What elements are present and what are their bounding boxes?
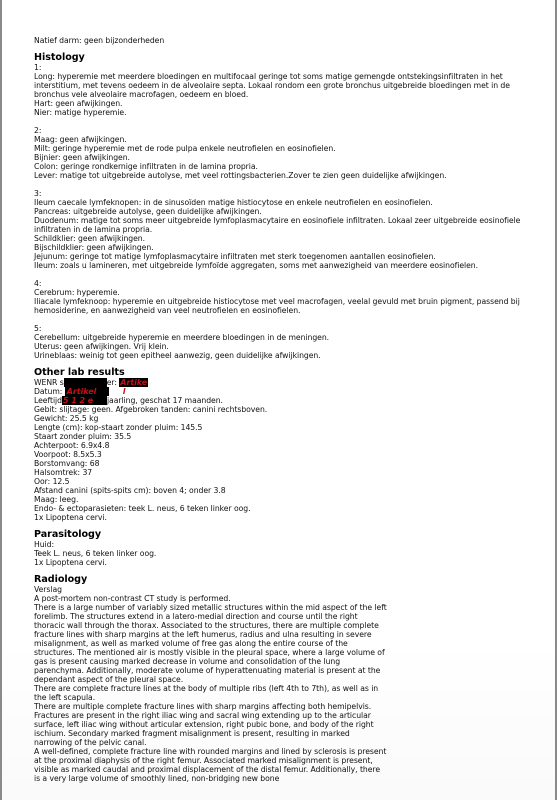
finding-line: Colon: geringe rondkernige infiltraten i… bbox=[34, 162, 524, 171]
finding-line: Bijnier: geen afwijkingen. bbox=[34, 153, 524, 162]
lab-line: Achterpoot: 6.9x4.8 bbox=[34, 441, 524, 450]
finding-line: Urineblaas: weinig tot geen epitheel aan… bbox=[34, 351, 524, 360]
histology-group: 1:Long: hyperemie met meerdere bloedinge… bbox=[34, 63, 524, 117]
finding-line: Maag: geen afwijkingen. bbox=[34, 135, 524, 144]
lab-line: Maag: leeg. bbox=[34, 495, 524, 504]
parasitology-line: 1x Lipoptena cervi. bbox=[34, 558, 524, 567]
finding-line: Nier: matige hyperemie. bbox=[34, 108, 524, 117]
leeftijd-line: Leeftijd5 1 2 ejaarling, geschat 17 maan… bbox=[34, 396, 524, 405]
lab-line: Afstand canini (spits-spits cm): boven 4… bbox=[34, 486, 524, 495]
radiology-lines: VerslagA post-mortem non-contrast CT stu… bbox=[34, 585, 387, 783]
finding-line: Bijschildklier: geen afwijkingen. bbox=[34, 243, 524, 252]
group-label: 5: bbox=[34, 324, 524, 333]
histology-groups: 1:Long: hyperemie met meerdere bloedinge… bbox=[34, 63, 524, 360]
finding-line: Iliacale lymfeknoop: hyperemie en uitgeb… bbox=[34, 297, 524, 315]
parasitology-heading: Parasitology bbox=[34, 529, 524, 540]
radiology-paragraph: There are complete fracture lines at the… bbox=[34, 684, 387, 702]
finding-line: Ileum: zoals u lamineren, met uitgebreid… bbox=[34, 261, 524, 270]
histology-section: Histology 1:Long: hyperemie met meerdere… bbox=[34, 52, 524, 360]
lab-line: Borstomvang: 68 bbox=[34, 459, 524, 468]
histology-group: 5:Cerebellum: uitgebreide hyperemie en m… bbox=[34, 324, 524, 360]
lab-line: Voorpoot: 8.5x5.3 bbox=[34, 450, 524, 459]
finding-line: Schildklier: geen afwijkingen. bbox=[34, 234, 524, 243]
finding-line: Cerebrum: hyperemie. bbox=[34, 288, 524, 297]
datum-label: Datum: bbox=[34, 387, 65, 396]
lab-line: Halsomtrek: 37 bbox=[34, 468, 524, 477]
radiology-heading: Radiology bbox=[34, 574, 387, 585]
finding-line: Uterus: geen afwijkingen. Vrij klein. bbox=[34, 342, 524, 351]
radiology-paragraph: There is a large number of variably size… bbox=[34, 603, 387, 684]
radiology-section: Radiology VerslagA post-mortem non-contr… bbox=[34, 574, 387, 783]
datum-line: Datum: Artikell bbox=[34, 387, 524, 396]
wenr-prefix: WENR s bbox=[34, 378, 64, 387]
redaction-box bbox=[64, 378, 107, 387]
finding-line: Hart: geen afwijkingen. bbox=[34, 99, 524, 108]
finding-line: Lever: matige tot uitgebreide autolyse, … bbox=[34, 171, 524, 180]
finding-line: Duodenum: matige tot soms meer uitgebrei… bbox=[34, 216, 524, 234]
intro-line: Natief darm: geen bijzonderheden bbox=[34, 36, 524, 45]
group-label: 1: bbox=[34, 63, 524, 72]
finding-line: Ileum caecale lymfeknopen: in de sinusoï… bbox=[34, 198, 524, 207]
histology-group: 4:Cerebrum: hyperemie.Iliacale lymfeknoo… bbox=[34, 279, 524, 315]
lab-line: Gebit: slijtage: geen. Afgebroken tanden… bbox=[34, 405, 524, 414]
group-label: 4: bbox=[34, 279, 524, 288]
finding-line: Pancreas: uitgebreide autolyse, geen dui… bbox=[34, 207, 524, 216]
lab-line: Endo- & ectoparasieten: teek L. neus, 6 … bbox=[34, 504, 524, 513]
finding-line: Jejunum: geringe tot matige lymfoplasmac… bbox=[34, 252, 524, 261]
lab-line: 1x Lipoptena cervi. bbox=[34, 513, 524, 522]
radiology-paragraph: There are multiple complete fracture lin… bbox=[34, 702, 387, 747]
redaction-box: Artike bbox=[119, 378, 148, 387]
lab-results-section: Other lab results WENR ser: Artike Datum… bbox=[34, 367, 524, 522]
histology-heading: Histology bbox=[34, 52, 524, 63]
histology-group: 3:Ileum caecale lymfeknopen: in de sinus… bbox=[34, 189, 524, 270]
radiology-paragraph: A well-defined, complete fracture line w… bbox=[34, 747, 387, 783]
parasitology-lines: Huid:Teek L. neus, 6 teken linker oog.1x… bbox=[34, 540, 524, 567]
lab-results-heading: Other lab results bbox=[34, 367, 524, 378]
parasitology-line: Teek L. neus, 6 teken linker oog. bbox=[34, 549, 524, 558]
radiology-paragraph: Verslag bbox=[34, 585, 387, 594]
finding-line: Cerebellum: uitgebreide hyperemie en mee… bbox=[34, 333, 524, 342]
lab-line: Gewicht: 25.5 kg bbox=[34, 414, 524, 423]
leeftijd-prefix: Leeftijd bbox=[34, 396, 62, 405]
redaction-box: 5 1 2 e bbox=[62, 396, 107, 405]
document-page: Natief darm: geen bijzonderheden Histolo… bbox=[0, 0, 557, 800]
group-label: 3: bbox=[34, 189, 524, 198]
parasitology-section: Parasitology Huid:Teek L. neus, 6 teken … bbox=[34, 529, 524, 567]
radiology-paragraph: A post-mortem non-contrast CT study is p… bbox=[34, 594, 387, 603]
wenr-line: WENR ser: Artike bbox=[34, 378, 524, 387]
wenr-suffix: er: bbox=[107, 378, 120, 387]
lab-line: Oor: 12.5 bbox=[34, 477, 524, 486]
redaction-box: Artikel bbox=[65, 387, 109, 396]
lab-lines: Gebit: slijtage: geen. Afgebroken tanden… bbox=[34, 405, 524, 522]
group-label: 2: bbox=[34, 126, 524, 135]
parasitology-line: Huid: bbox=[34, 540, 524, 549]
histology-group: 2:Maag: geen afwijkingen.Milt: geringe h… bbox=[34, 126, 524, 180]
leeftijd-suffix: jaarling, geschat 17 maanden. bbox=[107, 396, 223, 405]
finding-line: Milt: geringe hyperemie met de rode pulp… bbox=[34, 144, 524, 153]
finding-line: Long: hyperemie met meerdere bloedingen … bbox=[34, 72, 524, 99]
document-content: Natief darm: geen bijzonderheden Histolo… bbox=[34, 36, 524, 783]
lab-line: Staart zonder pluim: 35.5 bbox=[34, 432, 524, 441]
redaction-fragment: l bbox=[123, 387, 127, 396]
lab-line: Lengte (cm): kop-staart zonder pluim: 14… bbox=[34, 423, 524, 432]
